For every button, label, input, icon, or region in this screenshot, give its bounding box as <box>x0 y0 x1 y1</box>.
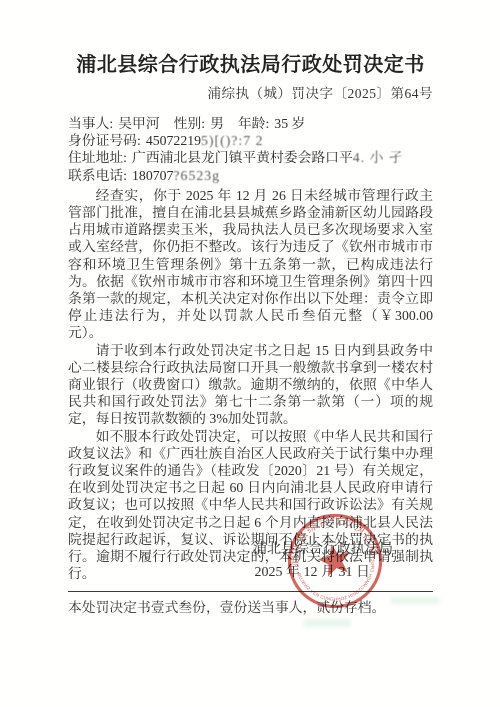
phone-redacted: ?6523g <box>173 168 220 183</box>
party-name-label: 当事人: <box>68 116 113 131</box>
party-row-address: 住址地址:广西浦北县龙门镇平黄村委会路口平4. 小 孑 <box>68 149 433 166</box>
document-number: 浦综执（城）罚决字〔2025〕第64号 <box>68 85 433 102</box>
gender-value: 男 <box>210 116 224 131</box>
id-number-value: 45072219 <box>146 133 201 148</box>
official-seal: 浦北县综合行政执法局 BUJBWZ YEN CUNGHHOZ HINGZCWNG… <box>286 512 384 610</box>
phone-value: 180707 <box>132 168 173 183</box>
party-row-identity: 当事人:吴甲河性别:男年龄:35 岁 <box>68 115 433 132</box>
document-title: 浦北县综合行政执法局行政处罚决定书 <box>68 53 433 78</box>
paragraph-facts-and-penalty: 经查实，你于 2025 年 12 月 26 日未经城市管理行政主管部门批准，擅自… <box>68 187 433 342</box>
gender-label: 性别: <box>174 116 205 131</box>
phone-label: 联系电话: <box>68 168 127 183</box>
document-body: 浦北县综合行政执法局行政处罚决定书 浦综执（城）罚决字〔2025〕第64号 当事… <box>68 0 433 582</box>
age-label: 年龄: <box>238 116 269 131</box>
penalty-decision-document: 浦北县综合行政执法局行政处罚决定书 浦综执（城）罚决字〔2025〕第64号 当事… <box>0 0 500 707</box>
party-row-phone: 联系电话:180707?6523g <box>68 167 433 184</box>
id-number-label: 身份证号码: <box>68 133 141 148</box>
party-info-block: 当事人:吴甲河性别:男年龄:35 岁 身份证号码:450722195)[()?:… <box>68 115 433 184</box>
scan-artifact <box>303 619 351 627</box>
address-label: 住址地址: <box>68 150 127 165</box>
address-redacted: 4. 小 孑 <box>353 150 404 165</box>
id-number-redacted: 5)[()?:7 2 <box>201 133 263 148</box>
scan-artifact <box>390 597 440 604</box>
paragraph-payment-instructions: 请于收到本行政处罚决定书之日起 15 日内到县政务中心二楼县综合行政执法局窗口开… <box>68 342 433 428</box>
party-name-value: 吴甲河 <box>118 116 159 131</box>
age-value: 35 岁 <box>274 116 305 131</box>
party-row-id-number: 身份证号码:450722195)[()?:7 2 <box>68 132 433 149</box>
seal-star-icon <box>315 541 354 578</box>
address-value: 广西浦北县龙门镇平黄村委会路口平 <box>132 150 353 165</box>
